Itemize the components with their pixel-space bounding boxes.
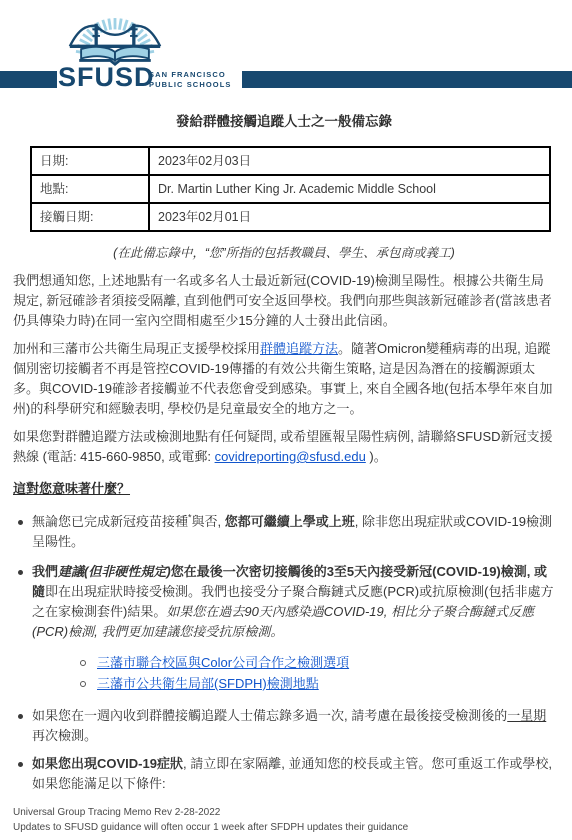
logo-org-line2: PUBLIC SCHOOLS bbox=[149, 80, 232, 90]
paragraph-group-tracing: 加州和三藩市公共衛生局現正支援學校採用群體追蹤方法。隨著Omicron變種病毒的… bbox=[13, 339, 555, 419]
bullet-icon bbox=[18, 570, 23, 575]
text-segment: 我們 bbox=[32, 564, 58, 579]
paragraph-contact-info: 如果您對群體追蹤方法或檢測地點有任何疑問, 或希望匯報呈陽性病例, 請聯絡SFU… bbox=[13, 427, 555, 467]
footer-guidance-line: Updates to SFUSD guidance will often occ… bbox=[13, 820, 408, 835]
logo-org-line1: SAN FRANCISCO bbox=[149, 70, 232, 80]
bullet-icon bbox=[18, 762, 23, 767]
date-value: 2023年02月03日 bbox=[149, 147, 550, 175]
bullet-icon bbox=[18, 520, 23, 525]
text-segment: 無論您已完成新冠疫苗接種 bbox=[32, 514, 188, 529]
text-segment: 您都可繼續上學或上班 bbox=[225, 514, 355, 529]
list-item-sfdph-testing: 三藩市公共衛生局部(SFDPH)檢測地點 bbox=[79, 673, 555, 694]
logo-org-name: SAN FRANCISCO PUBLIC SCHOOLS bbox=[149, 70, 232, 89]
text-segment: 再次檢測。 bbox=[32, 728, 97, 743]
list-item-retest: 如果您在一週內收到群體接觸追蹤人士備忘錄多過一次, 請考慮在最後接受檢測後的一星… bbox=[13, 706, 555, 746]
exposure-date-value: 2023年02月01日 bbox=[149, 203, 550, 231]
text-segment: 建議(但非硬性規定) bbox=[58, 564, 171, 579]
exposure-date-label: 接觸日期: bbox=[31, 203, 149, 231]
text-segment: 我們想通知您, 上述地點有一名或多名人士最近新冠(COVID-19)檢測呈陽性。… bbox=[13, 273, 552, 328]
location-label: 地點: bbox=[31, 175, 149, 203]
text-segment: 與否, bbox=[192, 514, 225, 529]
page-title: 發給群體接觸追蹤人士之一般備忘錄 bbox=[13, 112, 555, 132]
logo-acronym: SFUSD bbox=[58, 62, 155, 93]
list-item-symptoms: 如果您出現COVID-19症狀, 請立即在家隔離, 並通知您的校長或主管。您可重… bbox=[13, 754, 555, 794]
bullet-text: 如果您在一週內收到群體接觸追蹤人士備忘錄多過一次, 請考慮在最後接受檢測後的一星… bbox=[32, 708, 546, 743]
table-row-exposure-date: 接觸日期: 2023年02月01日 bbox=[31, 203, 550, 231]
text-link[interactable]: 群體追蹤方法 bbox=[260, 341, 338, 356]
table-row-date: 日期: 2023年02月03日 bbox=[31, 147, 550, 175]
footer: Universal Group Tracing Memo Rev 2-28-20… bbox=[13, 805, 408, 835]
testing-links-list: 三藩市聯合校區與Color公司合作之檢測選項 三藩市公共衛生局部(SFDPH)檢… bbox=[79, 652, 555, 694]
text-segment: )。 bbox=[366, 449, 387, 464]
location-value: Dr. Martin Luther King Jr. Academic Midd… bbox=[149, 175, 550, 203]
section-heading: 這對您意味著什麼？ bbox=[13, 479, 555, 499]
bullet-icon bbox=[18, 714, 23, 719]
text-segment: 如果您出現COVID-19症狀 bbox=[32, 756, 183, 771]
circle-bullet-icon bbox=[80, 660, 86, 666]
header: SFUSD SAN FRANCISCO PUBLIC SCHOOLS bbox=[0, 0, 572, 98]
footer-revision-line: Universal Group Tracing Memo Rev 2-28-20… bbox=[13, 805, 408, 820]
text-segment: 一星期 bbox=[507, 708, 546, 723]
bullet-text: 我們建議(但非硬性規定)您在最後一次密切接觸後的3至5天內接受新冠(COVID-… bbox=[32, 564, 553, 639]
sfdph-testing-link[interactable]: 三藩市公共衛生局部(SFDPH)檢測地點 bbox=[97, 676, 319, 691]
paragraph-notification: 我們想通知您, 上述地點有一名或多名人士最近新冠(COVID-19)檢測呈陽性。… bbox=[13, 271, 555, 331]
info-table: 日期: 2023年02月03日 地點: Dr. Martin Luther Ki… bbox=[30, 146, 551, 232]
table-row-location: 地點: Dr. Martin Luther King Jr. Academic … bbox=[31, 175, 550, 203]
header-bar-right bbox=[242, 71, 572, 88]
definition-note: (在此備忘錄中，“您”所指的包括教職員、學生、承包商或義工) bbox=[13, 243, 555, 263]
bullet-text: 如果您出現COVID-19症狀, 請立即在家隔離, 並通知您的校長或主管。您可重… bbox=[32, 756, 552, 791]
color-testing-link[interactable]: 三藩市聯合校區與Color公司合作之檢測選項 bbox=[97, 655, 349, 670]
list-item-color-testing: 三藩市聯合校區與Color公司合作之檢測選項 bbox=[79, 652, 555, 673]
text-segment: 如果您在一週內收到群體接觸追蹤人士備忘錄多過一次, 請考慮在最後接受檢測後的 bbox=[32, 708, 507, 723]
header-bar-left bbox=[0, 71, 57, 88]
date-label: 日期: bbox=[31, 147, 149, 175]
memo-content: 發給群體接觸追蹤人士之一般備忘錄 日期: 2023年02月03日 地點: Dr.… bbox=[0, 112, 572, 794]
memo-page: SFUSD SAN FRANCISCO PUBLIC SCHOOLS 發給群體接… bbox=[0, 0, 572, 840]
text-segment: 加州和三藩市公共衛生局現正支援學校採用 bbox=[13, 341, 260, 356]
sfusd-logo-icon bbox=[56, 3, 174, 67]
list-item-continue-school: 無論您已完成新冠疫苗接種*與否, 您都可繼續上學或上班, 除非您出現症狀或COV… bbox=[13, 512, 555, 552]
circle-bullet-icon bbox=[80, 681, 86, 687]
bullet-text: 無論您已完成新冠疫苗接種*與否, 您都可繼續上學或上班, 除非您出現症狀或COV… bbox=[32, 514, 552, 549]
list-item-testing-advice: 我們建議(但非硬性規定)您在最後一次密切接觸後的3至5天內接受新冠(COVID-… bbox=[13, 562, 555, 642]
text-link[interactable]: covidreporting@sfusd.edu bbox=[215, 449, 366, 464]
